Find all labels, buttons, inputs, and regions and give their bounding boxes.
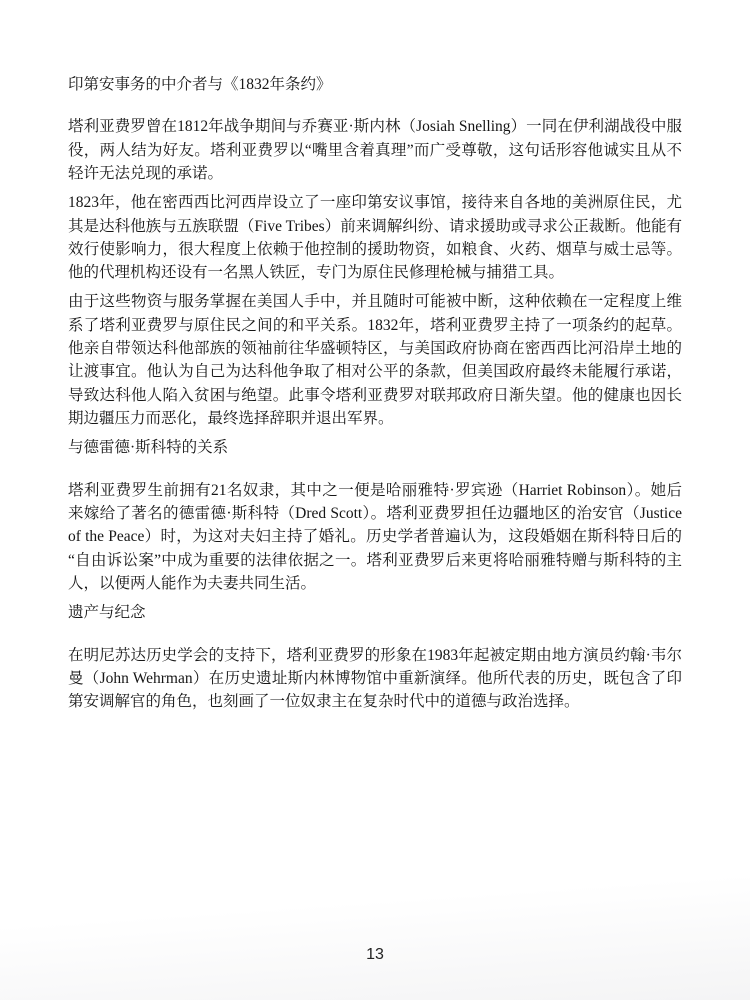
document-page: 印第安事务的中介者与《1832年条约》 塔利亚费罗曾在1812年战争期间与乔赛亚… xyxy=(0,0,750,1000)
section-legacy: 遗产与纪念 在明尼苏达历史学会的支持下，塔利亚费罗的形象在1983年起被定期由地… xyxy=(68,601,682,714)
paragraph: 由于这些物资与服务掌握在美国人手中，并且随时可能被中断，这种依赖在一定程度上维系… xyxy=(68,290,682,430)
paragraph: 塔利亚费罗曾在1812年战争期间与乔赛亚·斯内林（Josiah Snelling… xyxy=(68,115,682,185)
page-number: 13 xyxy=(0,944,750,966)
section-heading: 遗产与纪念 xyxy=(68,601,682,624)
section-heading: 与德雷德·斯科特的关系 xyxy=(68,436,682,459)
section-heading: 印第安事务的中介者与《1832年条约》 xyxy=(68,73,682,96)
paragraph: 在明尼苏达历史学会的支持下，塔利亚费罗的形象在1983年起被定期由地方演员约翰·… xyxy=(68,644,682,714)
paragraph: 1823年，他在密西西比河西岸设立了一座印第安议事馆，接待来自各地的美洲原住民，… xyxy=(68,191,682,285)
document-content: 印第安事务的中介者与《1832年条约》 塔利亚费罗曾在1812年战争期间与乔赛亚… xyxy=(68,73,682,719)
section-dred-scott: 与德雷德·斯科特的关系 塔利亚费罗生前拥有21名奴隶，其中之一便是哈丽雅特·罗宾… xyxy=(68,436,682,595)
section-indian-affairs: 印第安事务的中介者与《1832年条约》 塔利亚费罗曾在1812年战争期间与乔赛亚… xyxy=(68,73,682,431)
paragraph: 塔利亚费罗生前拥有21名奴隶，其中之一便是哈丽雅特·罗宾逊（Harriet Ro… xyxy=(68,479,682,596)
